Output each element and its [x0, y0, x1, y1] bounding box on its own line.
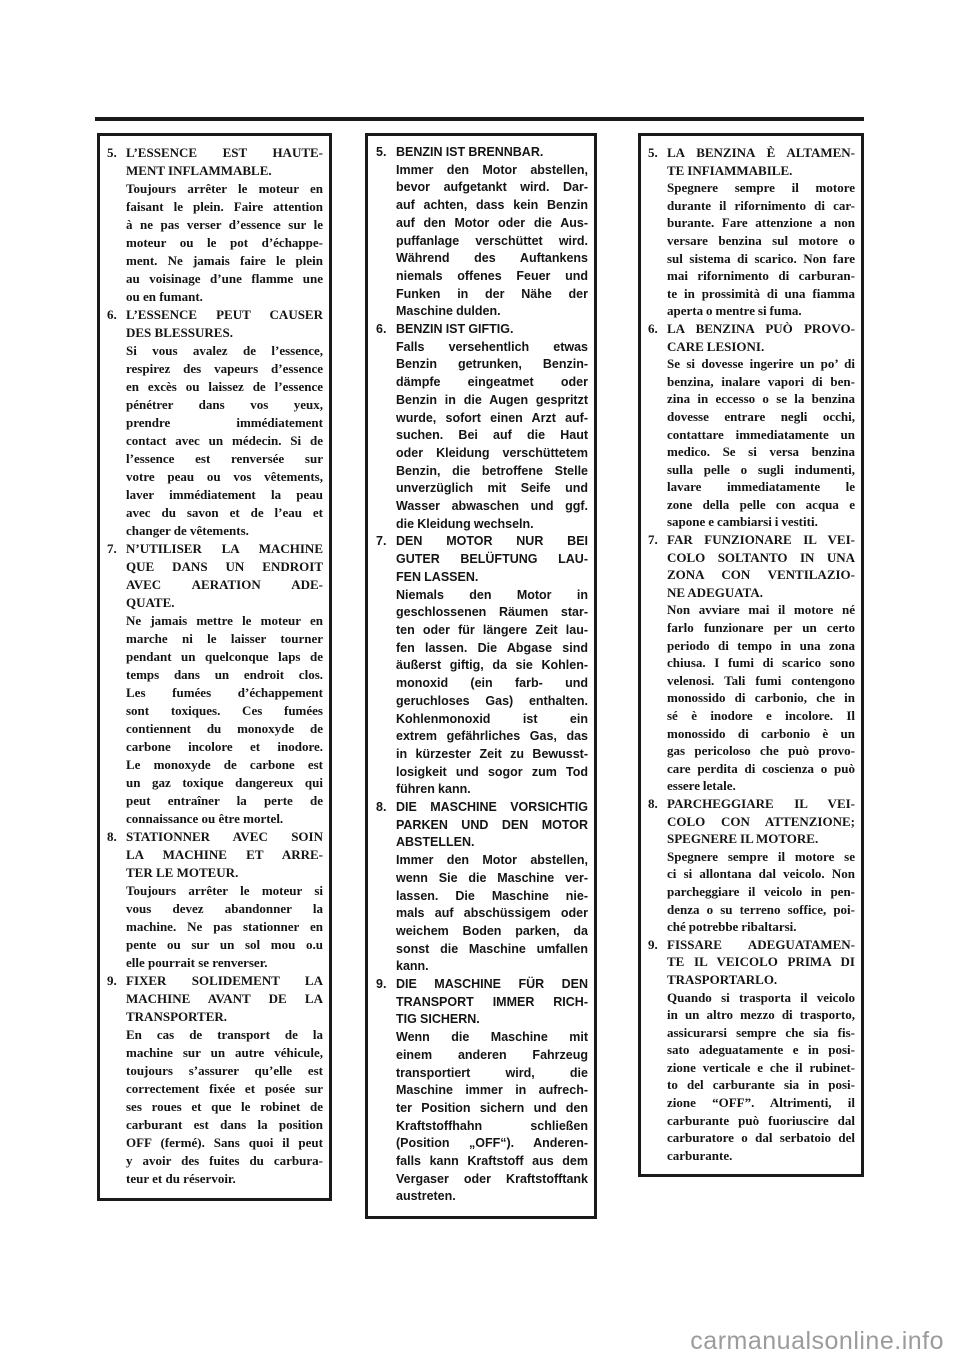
item-number: 9. [376, 976, 396, 1206]
item-body: Toujours arrêter le moteur enfaisant le … [126, 180, 323, 306]
item-number: 5. [107, 144, 126, 306]
item-body: Wenn die Maschine miteinem anderen Fahrz… [396, 1029, 588, 1206]
item-body: Falls versehentlich etwasBenzin getrunke… [396, 339, 588, 534]
item-number: 8. [648, 795, 667, 936]
item-number: 5. [648, 144, 667, 320]
item-title: N’UTILISER LA MACHINEQUE DANS UN ENDROIT… [126, 540, 323, 612]
item-body: Spegnere sempre il motoredurante il rifo… [667, 179, 855, 320]
item-number: 6. [376, 321, 396, 533]
safety-item: 5. LA BENZINA È ALTAMEN-TE INFIAMMABILE.… [648, 144, 855, 320]
top-rule [95, 117, 864, 121]
item-body: Ne jamais mettre le moteur enmarche ni l… [126, 612, 323, 828]
item-body: Niemals den Motor ingeschlossenen Räumen… [396, 587, 588, 799]
safety-item: 9. FISSARE ADEGUATAMEN-TE IL VEICOLO PRI… [648, 936, 855, 1165]
item-body: Toujours arrêter le moteur sivous devez … [126, 882, 323, 972]
item-number: 7. [376, 533, 396, 799]
safety-column-german: 5. BENZIN IST BRENNBAR. Immer den Motor … [365, 133, 597, 1219]
item-title: LA BENZINA È ALTAMEN-TE INFIAMMABILE. [667, 144, 855, 179]
item-title: FIXER SOLIDEMENT LAMACHINE AVANT DE LATR… [126, 972, 323, 1026]
watermark-text: carmanualsonline.info [690, 1327, 944, 1356]
item-number: 7. [648, 531, 667, 795]
safety-item: 5. BENZIN IST BRENNBAR. Immer den Motor … [376, 144, 588, 321]
safety-item: 6. LA BENZINA PUÒ PROVO-CARE LESIONI. Se… [648, 320, 855, 531]
safety-item: 9. FIXER SOLIDEMENT LAMACHINE AVANT DE L… [107, 972, 323, 1188]
item-title: FAR FUNZIONARE IL VEI-COLO SOLTANTO IN U… [667, 531, 855, 601]
safety-item: 8. PARCHEGGIARE IL VEI-COLO CON ATTENZIO… [648, 795, 855, 936]
safety-column-italian: 5. LA BENZINA È ALTAMEN-TE INFIAMMABILE.… [638, 133, 864, 1177]
item-number: 8. [376, 799, 396, 976]
item-title: BENZIN IST BRENNBAR. [396, 144, 588, 162]
item-body: Immer den Motor abstellen,bevor aufgetan… [396, 162, 588, 321]
item-title: FISSARE ADEGUATAMEN-TE IL VEICOLO PRIMA … [667, 936, 855, 989]
item-number: 9. [648, 936, 667, 1165]
item-title: BENZIN IST GIFTIG. [396, 321, 588, 339]
item-title: DEN MOTOR NUR BEIGUTER BELÜFTUNG LAU-FEN… [396, 533, 588, 586]
item-number: 9. [107, 972, 126, 1188]
safety-column-french: 5. L’ESSENCE EST HAUTE-MENT INFLAMMABLE.… [97, 133, 332, 1201]
item-body: En cas de transport de lamachine sur un … [126, 1026, 323, 1188]
item-title: L’ESSENCE PEUT CAUSERDES BLESSURES. [126, 306, 323, 342]
item-body: Non avviare mai il motore néfarlo funzio… [667, 601, 855, 795]
safety-item: 6. L’ESSENCE PEUT CAUSERDES BLESSURES. S… [107, 306, 323, 540]
item-number: 6. [648, 320, 667, 531]
safety-item: 7. FAR FUNZIONARE IL VEI-COLO SOLTANTO I… [648, 531, 855, 795]
item-body: Si vous avalez de l’essence,respirez des… [126, 342, 323, 540]
item-body: Spegnere sempre il motore seci si allont… [667, 848, 855, 936]
item-title: STATIONNER AVEC SOINLA MACHINE ET ARRE-T… [126, 828, 323, 882]
safety-item: 8. DIE MASCHINE VORSICHTIGPARKEN UND DEN… [376, 799, 588, 976]
item-number: 7. [107, 540, 126, 828]
item-body: Immer den Motor abstellen,wenn Sie die M… [396, 852, 588, 976]
safety-item: 7. DEN MOTOR NUR BEIGUTER BELÜFTUNG LAU-… [376, 533, 588, 799]
item-number: 6. [107, 306, 126, 540]
safety-item: 9. DIE MASCHINE FÜR DENTRANSPORT IMMER R… [376, 976, 588, 1206]
item-body: Quando si trasporta il veicoloin un altr… [667, 989, 855, 1165]
item-title: DIE MASCHINE FÜR DENTRANSPORT IMMER RICH… [396, 976, 588, 1029]
item-title: L’ESSENCE EST HAUTE-MENT INFLAMMABLE. [126, 144, 323, 180]
item-title: PARCHEGGIARE IL VEI-COLO CON ATTENZIONE;… [667, 795, 855, 848]
safety-item: 6. BENZIN IST GIFTIG. Falls versehentlic… [376, 321, 588, 533]
item-number: 5. [376, 144, 396, 321]
item-body: Se si dovesse ingerire un po’ dibenzina,… [667, 355, 855, 531]
item-title: DIE MASCHINE VORSICHTIGPARKEN UND DEN MO… [396, 799, 588, 852]
item-title: LA BENZINA PUÒ PROVO-CARE LESIONI. [667, 320, 855, 355]
safety-item: 8. STATIONNER AVEC SOINLA MACHINE ET ARR… [107, 828, 323, 972]
item-number: 8. [107, 828, 126, 972]
safety-item: 5. L’ESSENCE EST HAUTE-MENT INFLAMMABLE.… [107, 144, 323, 306]
safety-item: 7. N’UTILISER LA MACHINEQUE DANS UN ENDR… [107, 540, 323, 828]
